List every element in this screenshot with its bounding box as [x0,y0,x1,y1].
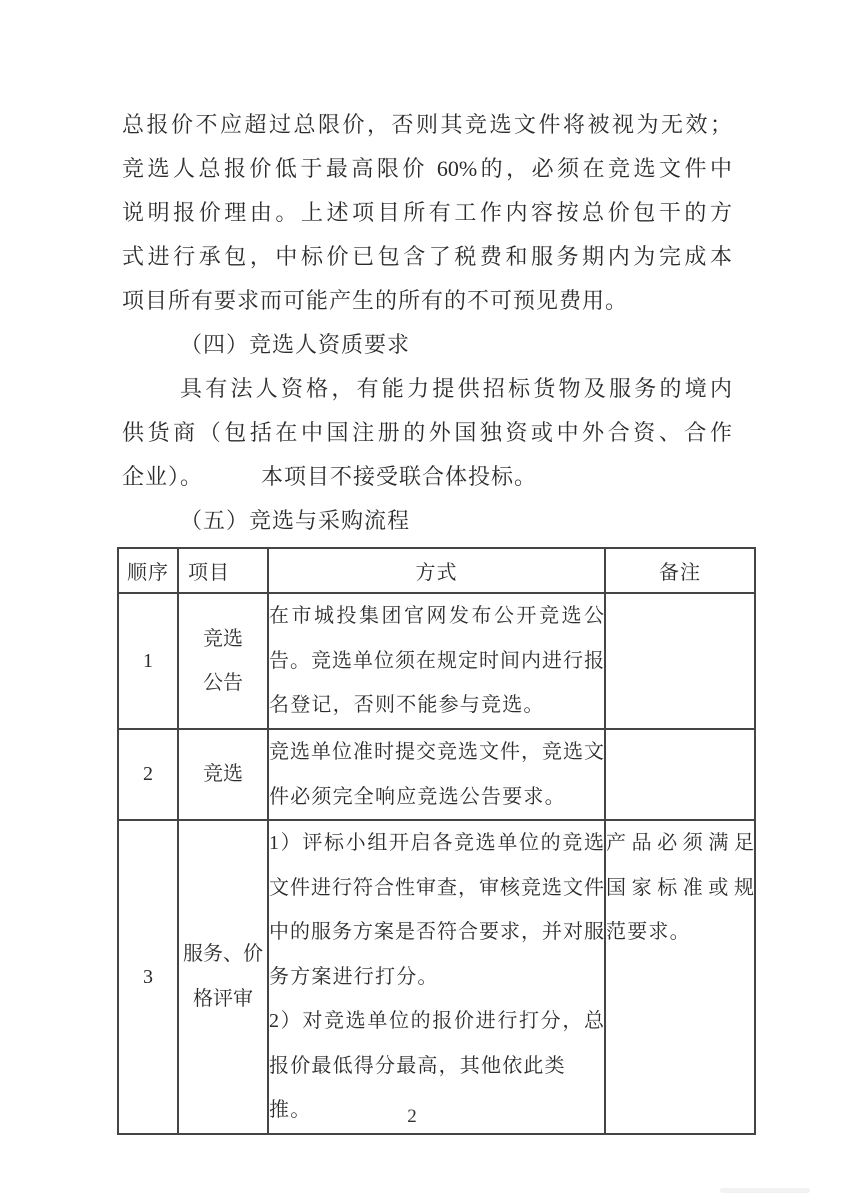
paragraph-line: 说明报价理由。上述项目所有工作内容按总价包干的方 [122,191,732,235]
section-heading-4: （四）竞选人资质要求 [122,323,732,367]
item-cell: 竞选 公告 [178,593,268,729]
method-line: 2）对竞选单位的报价进行打分，总 [269,999,604,1044]
body-text: 总报价不应超过总限价，否则其竞选文件将被视为无效； 竞选人总报价低于最高限价 6… [122,103,732,543]
item-line: 格评审 [179,977,267,1022]
item-line: 公告 [179,661,267,706]
method-line: 名登记，否则不能参与竞选。 [269,683,604,728]
table-row: 1 竞选 公告 在市城投集团官网发布公开竞选公 告。竞选单位须在规定时间内进行报… [118,593,755,729]
method-line: 务方案进行打分。 [269,955,604,1000]
method-line: 在市城投集团官网发布公开竞选公 [269,594,604,639]
header-cell-method: 方式 [268,548,605,593]
table-row: 2 竞选 竞选单位准时提交竞选文件，竞选文 件必须完全响应竞选公告要求。 [118,729,755,820]
method-line: 1）评标小组开启各竞选单位的竞选 [269,821,604,866]
header-cell-seq: 顺序 [118,548,178,593]
note-line: 范要求。 [606,910,754,955]
note-cell: 产品必须满足 国家标准或规 范要求。 [605,820,755,1134]
seq-cell: 3 [118,820,178,1134]
method-cell: 1）评标小组开启各竞选单位的竞选 文件进行符合性审查，审核竞选文件 中的服务方案… [268,820,605,1134]
paragraph-line: 竞选人总报价低于最高限价 60%的，必须在竞选文件中 [122,147,732,191]
header-cell-note: 备注 [605,548,755,593]
paragraph-line: 总报价不应超过总限价，否则其竞选文件将被视为无效； [122,103,732,147]
procurement-process-table: 顺序 项目 方式 备注 1 竞选 公告 在市城投集团官网发布公开竞选公 告。竞选… [117,547,756,1135]
item-cell: 竞选 [178,729,268,820]
seq-cell: 1 [118,593,178,729]
note-line: 产品必须满足 [606,821,754,866]
section-heading-5: （五）竞选与采购流程 [122,499,732,543]
method-cell: 竞选单位准时提交竞选文件，竞选文 件必须完全响应竞选公告要求。 [268,729,605,820]
method-cell: 在市城投集团官网发布公开竞选公 告。竞选单位须在规定时间内进行报 名登记，否则不… [268,593,605,729]
paragraph-line: 具有法人资格，有能力提供招标货物及服务的境内 [122,367,732,411]
header-cell-item: 项目 [178,548,268,593]
seq-cell: 2 [118,729,178,820]
note-cell [605,729,755,820]
paragraph-line: 企业）。 本项目不接受联合体投标。 [122,455,732,499]
item-cell: 服务、价 格评审 [178,820,268,1134]
item-line: 竞选 [179,617,267,662]
table-row: 3 服务、价 格评审 1）评标小组开启各竞选单位的竞选 文件进行符合性审查，审核… [118,820,755,1134]
note-line: 国家标准或规 [606,866,754,911]
method-line: 件必须完全响应竞选公告要求。 [269,775,604,820]
item-line: 竞选 [179,752,267,797]
method-line: 竞选单位准时提交竞选文件，竞选文 [269,730,604,775]
table-header-row: 顺序 项目 方式 备注 [118,548,755,593]
note-cell [605,593,755,729]
paragraph-line: 项目所有要求而可能产生的所有的不可预见费用。 [122,279,732,323]
method-line: 中的服务方案是否符合要求，并对服 [269,910,604,955]
paragraph-line: 供货商（包括在中国注册的外国独资或中外合资、合作 [122,411,732,455]
method-line: 文件进行符合性审查，审核竞选文件 [269,866,604,911]
scan-artifact [720,1188,810,1193]
paragraph-line: 式进行承包，中标价已包含了税费和服务期内为完成本 [122,235,732,279]
method-line: 告。竞选单位须在规定时间内进行报 [269,639,604,684]
page-number: 2 [122,1106,702,1128]
item-line: 服务、价 [179,932,267,977]
document-page: 总报价不应超过总限价，否则其竞选文件将被视为无效； 竞选人总报价低于最高限价 6… [0,0,849,1200]
